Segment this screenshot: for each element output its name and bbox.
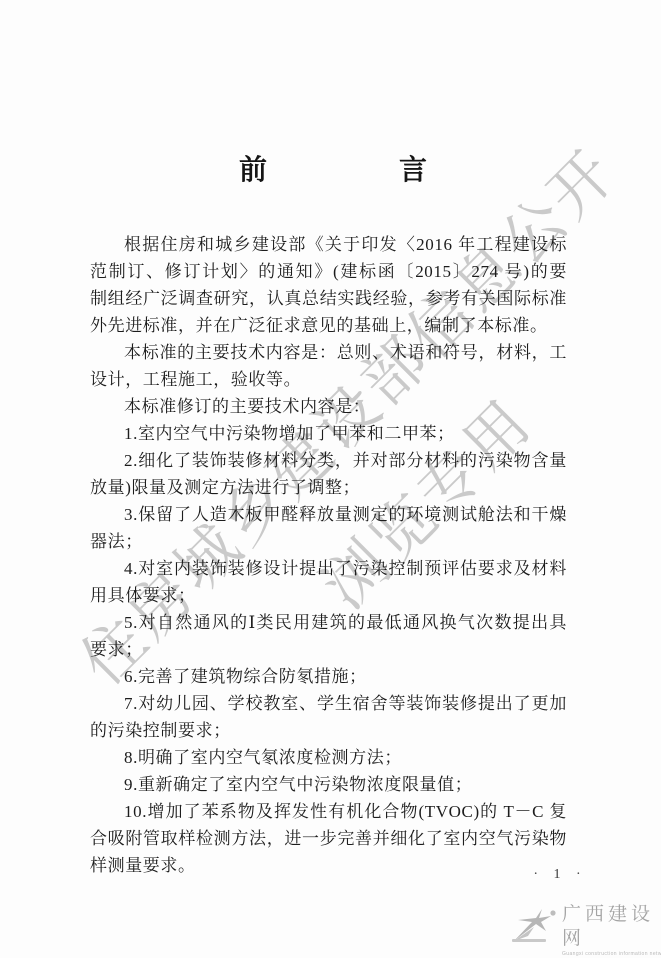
- text-line: 的污染控制要求；: [90, 717, 567, 744]
- logo-caption-bar: [512, 939, 546, 942]
- text-line: 1.室内空气中污染物增加了甲苯和二甲苯；: [90, 420, 567, 447]
- logo-wordmark: 广西建设网 Guangxi construction information n…: [562, 903, 661, 958]
- text-line: 2.细化了装饰装修材料分类，并对部分材料的污染物含量(释: [90, 447, 567, 474]
- text-line: 4.对室内装饰装修设计提出了污染控制预评估要求及材料选: [90, 555, 567, 582]
- text-line: 根据住房和城乡建设部《关于印发〈2016 年工程建设标准规: [90, 231, 567, 258]
- text-line: 合吸附管取样检测方法，进一步完善并细化了室内空气污染物取: [90, 825, 567, 852]
- page-number: · 1 ·: [520, 867, 600, 883]
- text-line: 要求；: [90, 636, 567, 663]
- text-line: 10.增加了苯系物及挥发性有机化合物(TVOC)的 T－C 复: [90, 798, 567, 825]
- page-title: 前 言: [90, 148, 566, 188]
- star-swoosh-logo-icon: [508, 903, 560, 949]
- body-text: 根据住房和城乡建设部《关于印发〈2016 年工程建设标准规范制订、修订计划〉的通…: [90, 231, 567, 879]
- footer-logo: 广西建设网 Guangxi construction information n…: [508, 903, 661, 958]
- text-line: 制组经广泛调查研究，认真总结实践经验，参考有关国际标准和国: [90, 285, 567, 312]
- text-line: 器法；: [90, 528, 567, 555]
- text-line: 本标准修订的主要技术内容是：: [90, 393, 567, 420]
- logo-text: 广西建设网: [562, 903, 661, 951]
- text-line: 用具体要求；: [90, 582, 567, 609]
- text-line: 外先进标准，并在广泛征求意见的基础上，编制了本标准。: [90, 312, 567, 339]
- text-line: 范制订、修订计划〉的通知》(建标函〔2015〕274 号)的要求，标准编: [90, 258, 567, 285]
- text-line: 3.保留了人造木板甲醛释放量测定的环境测试舱法和干燥: [90, 501, 567, 528]
- text-line: 7.对幼儿园、学校教室、学生宿舍等装饰装修提出了更加严格: [90, 690, 567, 717]
- text-line: 本标准的主要技术内容是：总则、术语和符号，材料，工程勘察: [90, 339, 567, 366]
- text-line: 9.重新确定了室内空气中污染物浓度限量值；: [90, 771, 567, 798]
- logo-tagline: Guangxi construction information network: [562, 951, 661, 958]
- text-line: 样测量要求。: [90, 852, 567, 879]
- text-line: 6.完善了建筑物综合防氡措施；: [90, 663, 567, 690]
- text-line: 5.对自然通风的Ⅰ类民用建筑的最低通风换气次数提出具体: [90, 609, 567, 636]
- text-line: 8.明确了室内空气氡浓度检测方法；: [90, 744, 567, 771]
- document-page: 住房城乡建设部信息公开 浏览专用 前 言 根据住房和城乡建设部《关于印发〈201…: [0, 0, 661, 958]
- text-line: 放量)限量及测定方法进行了调整；: [90, 474, 567, 501]
- text-line: 设计，工程施工，验收等。: [90, 366, 567, 393]
